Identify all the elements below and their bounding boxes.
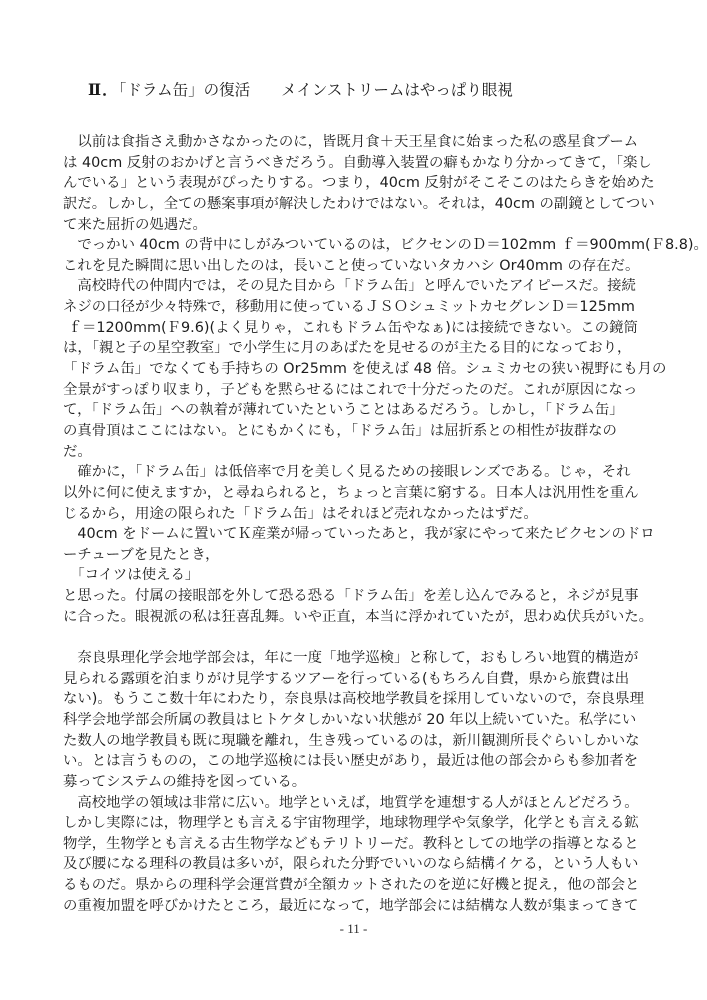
section-numeral: Ⅱ． [88,82,119,99]
text-line: じるから，用途の限られた「ドラム缶」はそれほど売れなかったはずだ。 [63,504,649,525]
text-line: だ。 [63,442,649,463]
text-line: これを見た瞬間に思い出したのは，長いこと使っていないタカハシ Or40mm の存… [63,256,649,277]
page-number: - 11 - [0,921,707,937]
text-line: の重複加盟を呼びかけたところ，最近になって，地学部会には結構な人数が集まってきて [63,896,649,917]
text-line: て来た屈折の処遇だ。 [63,215,649,236]
text-line: と思った。付属の接眼部を外して恐る恐る「ドラム缶」を差し込んでみると，ネジが見事 [63,586,649,607]
text-line: の真骨頂はここにはない。とにもかくにも，「ドラム缶」は屈折系との相性が抜群なの [63,421,649,442]
body-text: 以前は食指さえ動かさなかったのに，皆既月食＋天王星食に始まった私の惑星食ブーム … [63,132,649,916]
section-heading: Ⅱ．「ドラム缶」の復活 メインストリームはやっぱり眼視 [88,80,513,101]
text-line: ネジの口径が少々特殊で，移動用に使っているＪＳＯシュミットカセグレンＤ＝125m… [63,297,649,318]
text-line: るものだ。県からの理科学会運営費が全額カットされたのを逆に好機と捉え，他の部会と [63,875,649,896]
text-line: 募ってシステムの維持を図っている。 [63,772,649,793]
text-line: 「コイツは使える」 [63,565,649,586]
text-line: 以外に何に使えますか，と尋ねられると，ちょっと言葉に窮する。日本人は汎用性を重ん [63,483,649,504]
text-line: 「ドラム缶」でなくても手持ちの Or25mm を使えば 48 倍。シュミカセの狭… [63,359,649,380]
text-line: は 40cm 反射のおかげと言うべきだろう。自動導入装置の癖もかなり分かってきて… [63,153,649,174]
text-line: 高校地学の領域は非常に広い。地学といえば，地質学を連想する人がほとんどだろう。 [63,793,649,814]
text-line: ｆ＝1200mm(Ｆ9.6)(よく見りゃ，これもドラム缶やなぁ)には接続できない… [63,318,649,339]
text-line: 訳だ。しかし，全ての懸案事項が解決したわけではない。それは，40cm の副鏡とし… [63,194,649,215]
text-line: 高校時代の仲間内では，その見た目から「ドラム缶」と呼んでいたアイピースだ。接続 [63,276,649,297]
text-line-blank [63,627,649,648]
text-line: 40cm をドームに置いてＫ産業が帰っていったあと，我が家にやって来たビクセンの… [63,524,649,545]
text-line: 奈良県理化学会地学部会は，年に一度「地学巡検」と称して，おもしろい地質的構造が [63,648,649,669]
text-line: に合った。眼視派の私は狂喜乱舞。いや正直，本当に浮かれていたが，思わぬ伏兵がいた… [63,607,649,628]
text-line: でっかい 40cm の背中にしがみついているのは，ビクセンのＤ＝102mm ｆ＝… [63,235,649,256]
text-line: 以前は食指さえ動かさなかったのに，皆既月食＋天王星食に始まった私の惑星食ブーム [63,132,649,153]
text-line: た数人の地学教員も既に現職を離れ，生き残っているのは，新川観測所長ぐらいしかいな [63,731,649,752]
document-page: Ⅱ．「ドラム缶」の復活 メインストリームはやっぱり眼視 以前は食指さえ動かさなか… [0,0,707,1000]
text-line: て，「ドラム缶」への執着が薄れていたということはあるだろう。しかし，「ドラム缶」 [63,400,649,421]
text-line: 及び腰になる理科の教員は多いが，限られた分野でいいのなら結構イケる，という人もい [63,854,649,875]
text-line: 確かに，「ドラム缶」は低倍率で月を美しく見るための接眼レンズである。じゃ，それ [63,462,649,483]
text-line: は，「親と子の星空教室」で小学生に月のあばたを見せるのが主たる目的になっており， [63,338,649,359]
text-line: 物学，生物学とも言える古生物学などもテリトリーだ。教科としての地学の指導となると [63,834,649,855]
text-line: 見られる露頭を泊まりがけ見学するツアーを行っている(もちろん自費，県から旅費は出 [63,669,649,690]
text-line: い。とは言うものの，この地学巡検には長い歴史があり，最近は他の部会からも参加者を [63,751,649,772]
text-line: ーチューブを見たとき， [63,545,649,566]
text-line: ない)。もうここ数十年にわたり，奈良県は高校地学教員を採用していないので，奈良県… [63,689,649,710]
text-line: しかし実際には，物理学とも言える宇宙物理学，地球物理学や気象学，化学とも言える鉱 [63,813,649,834]
section-title: 「ドラム缶」の復活 メインストリームはやっぱり眼視 [119,81,513,99]
text-line: 全景がすっぽり収まり，子どもを黙らせるにはこれで十分だったのだ。これが原因になっ [63,380,649,401]
text-line: んでいる」という表現がぴったりする。つまり，40cm 反射がそこそこのはたらきを… [63,173,649,194]
text-line: 科学会地学部会所属の教員はヒトケタしかいない状態が 20 年以上続いていた。私学… [63,710,649,731]
